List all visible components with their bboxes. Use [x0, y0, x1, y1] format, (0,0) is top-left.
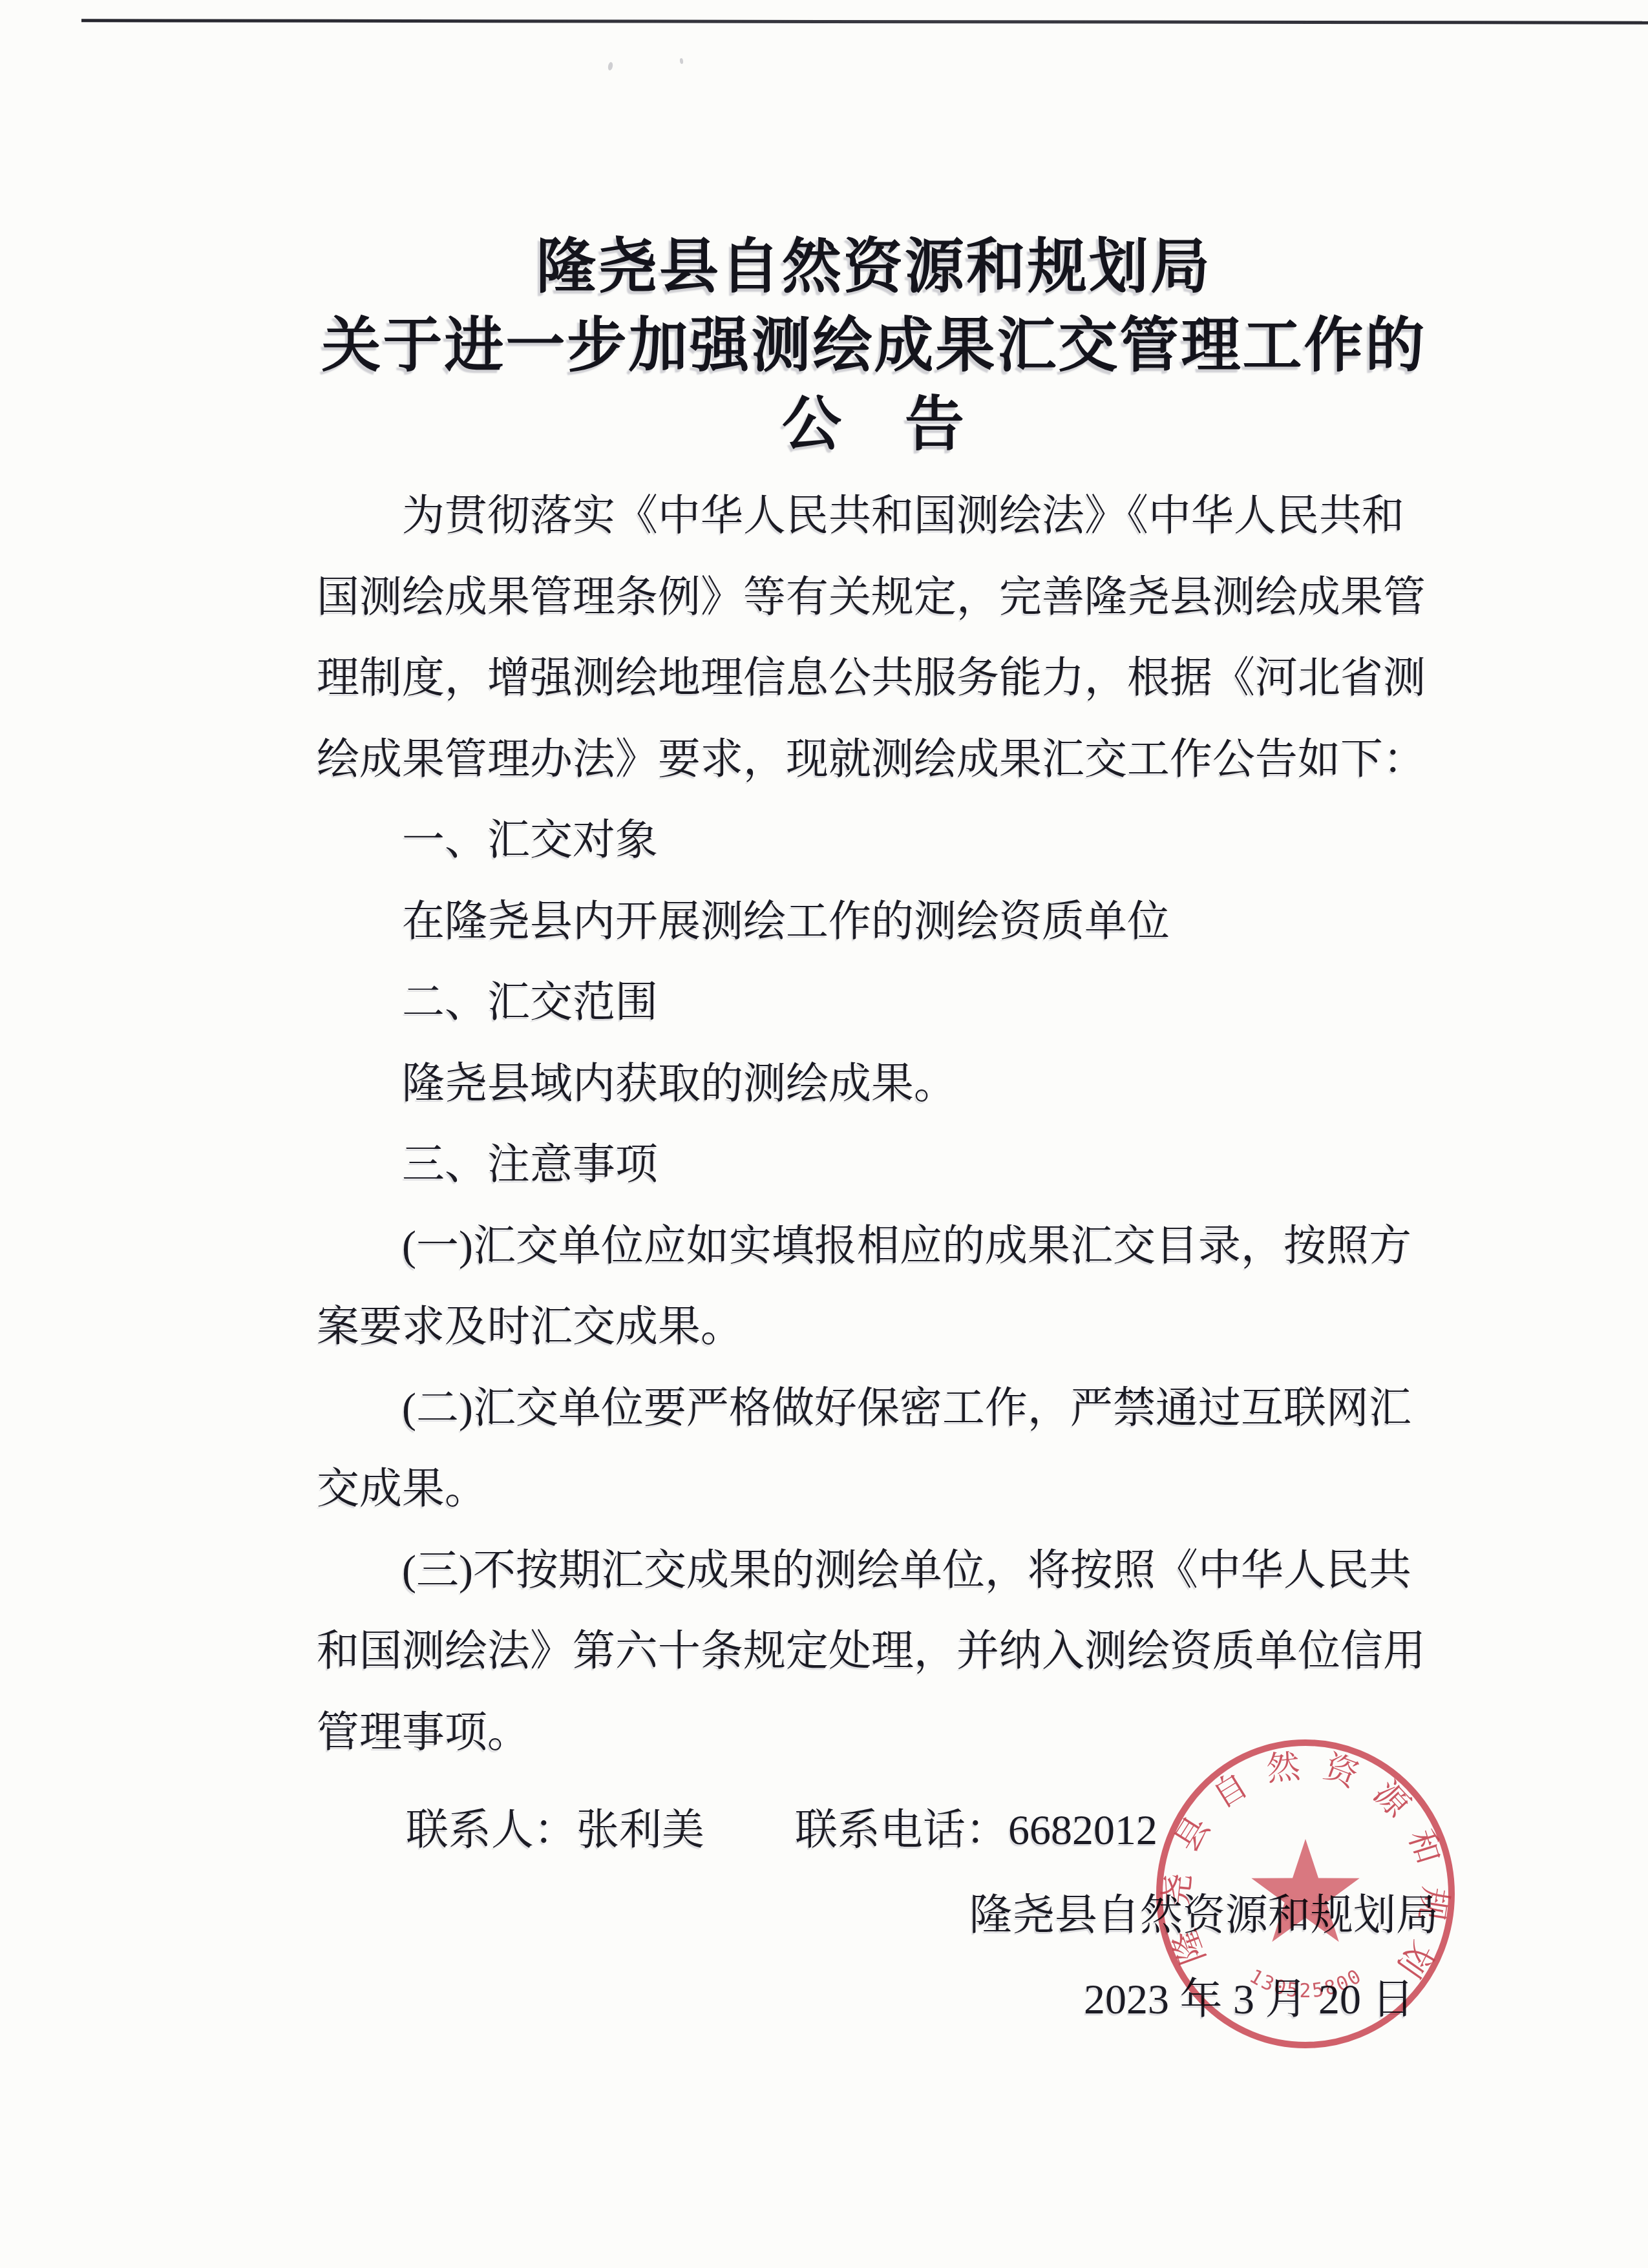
- body-line: (二)汇交单位要严格做好保密工作，严禁通过互联网汇: [317, 1368, 1454, 1449]
- title-subject-line: 关于进一步加强测绘成果汇交管理工作的: [317, 306, 1431, 385]
- body-line: 在隆尧县内开展测绘工作的测绘资质单位: [317, 881, 1454, 963]
- star-icon: [1251, 1839, 1359, 1942]
- body-line-section3: 三、注意事项: [317, 1124, 1454, 1206]
- title-org-line: 隆尧县自然资源和规划局: [317, 227, 1431, 306]
- body-line: 绘成果管理办法》要求，现就测绘成果汇交工作公告如下：: [317, 719, 1454, 801]
- document-body: 为贯彻落实《中华人民共和国测绘法》《中华人民共和 国测绘成果管理条例》等有关规定…: [317, 476, 1454, 1773]
- body-line: 理制度，增强测绘地理信息公共服务能力，根据《河北省测: [317, 638, 1454, 719]
- contact-person-label: 联系人：: [406, 1807, 576, 1854]
- body-line: 国测绘成果管理条例》等有关规定，完善隆尧县测绘成果管: [317, 557, 1454, 638]
- title-notice-line: 公 告: [317, 385, 1431, 464]
- scan-speck: [679, 58, 683, 65]
- contact-person-name: 张利美: [576, 1807, 704, 1854]
- scan-speck: [607, 61, 614, 70]
- body-line-section1: 一、汇交对象: [317, 800, 1454, 881]
- contact-phone-number: 6682012: [1008, 1807, 1157, 1854]
- body-line: 为贯彻落实《中华人民共和国测绘法》《中华人民共和: [317, 476, 1454, 557]
- document-title: 隆尧县自然资源和规划局 关于进一步加强测绘成果汇交管理工作的 公 告: [317, 227, 1431, 464]
- official-seal: 隆尧县自然资源和规划局 1305258005: [1153, 1737, 1459, 2052]
- body-line-section2: 二、汇交范围: [317, 962, 1454, 1044]
- body-line: 案要求及时汇交成果。: [317, 1286, 1454, 1368]
- contact-line: 联系人：张利美联系电话：6682012: [317, 1790, 1157, 1871]
- body-line: 隆尧县域内获取的测绘成果。: [317, 1044, 1454, 1125]
- body-line: (一)汇交单位应如实填报相应的成果汇交目录，按照方: [317, 1206, 1454, 1287]
- body-line: 和国测绘法》第六十条规定处理，并纳入测绘资质单位信用: [317, 1611, 1454, 1692]
- contact-phone-label: 联系电话：: [795, 1807, 1008, 1854]
- announcement-page: 隆尧县自然资源和规划局 关于进一步加强测绘成果汇交管理工作的 公 告 为贯彻落实…: [0, 0, 1648, 2268]
- body-line: (三)不按期汇交成果的测绘单位，将按照《中华人民共: [317, 1530, 1454, 1612]
- body-line: 交成果。: [317, 1449, 1454, 1530]
- scan-edge-rule: [81, 19, 1648, 24]
